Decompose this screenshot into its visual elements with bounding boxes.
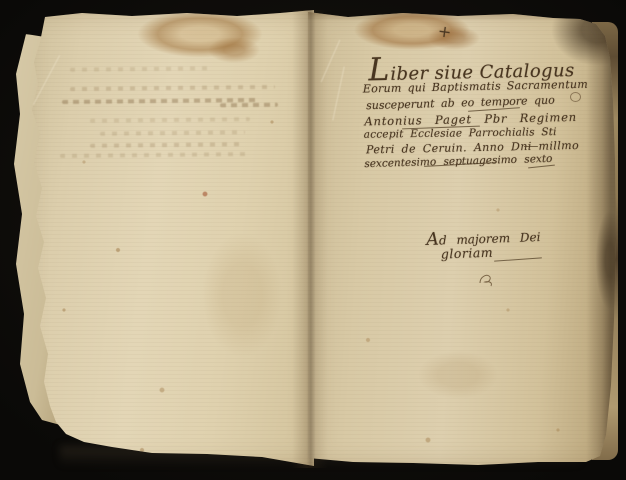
abbreviation-overline bbox=[524, 146, 538, 147]
scanned-manuscript-photo: + Liber siue Catalogus Eorum qui Baptism… bbox=[0, 0, 626, 480]
motto-line: gloriam bbox=[441, 245, 494, 262]
ink-circle-doodle bbox=[570, 92, 581, 102]
cross-mark: + bbox=[437, 21, 453, 42]
ink-bleedthrough-row bbox=[220, 103, 278, 108]
paraph-flourish-icon bbox=[478, 272, 496, 288]
left-page bbox=[22, 10, 314, 466]
